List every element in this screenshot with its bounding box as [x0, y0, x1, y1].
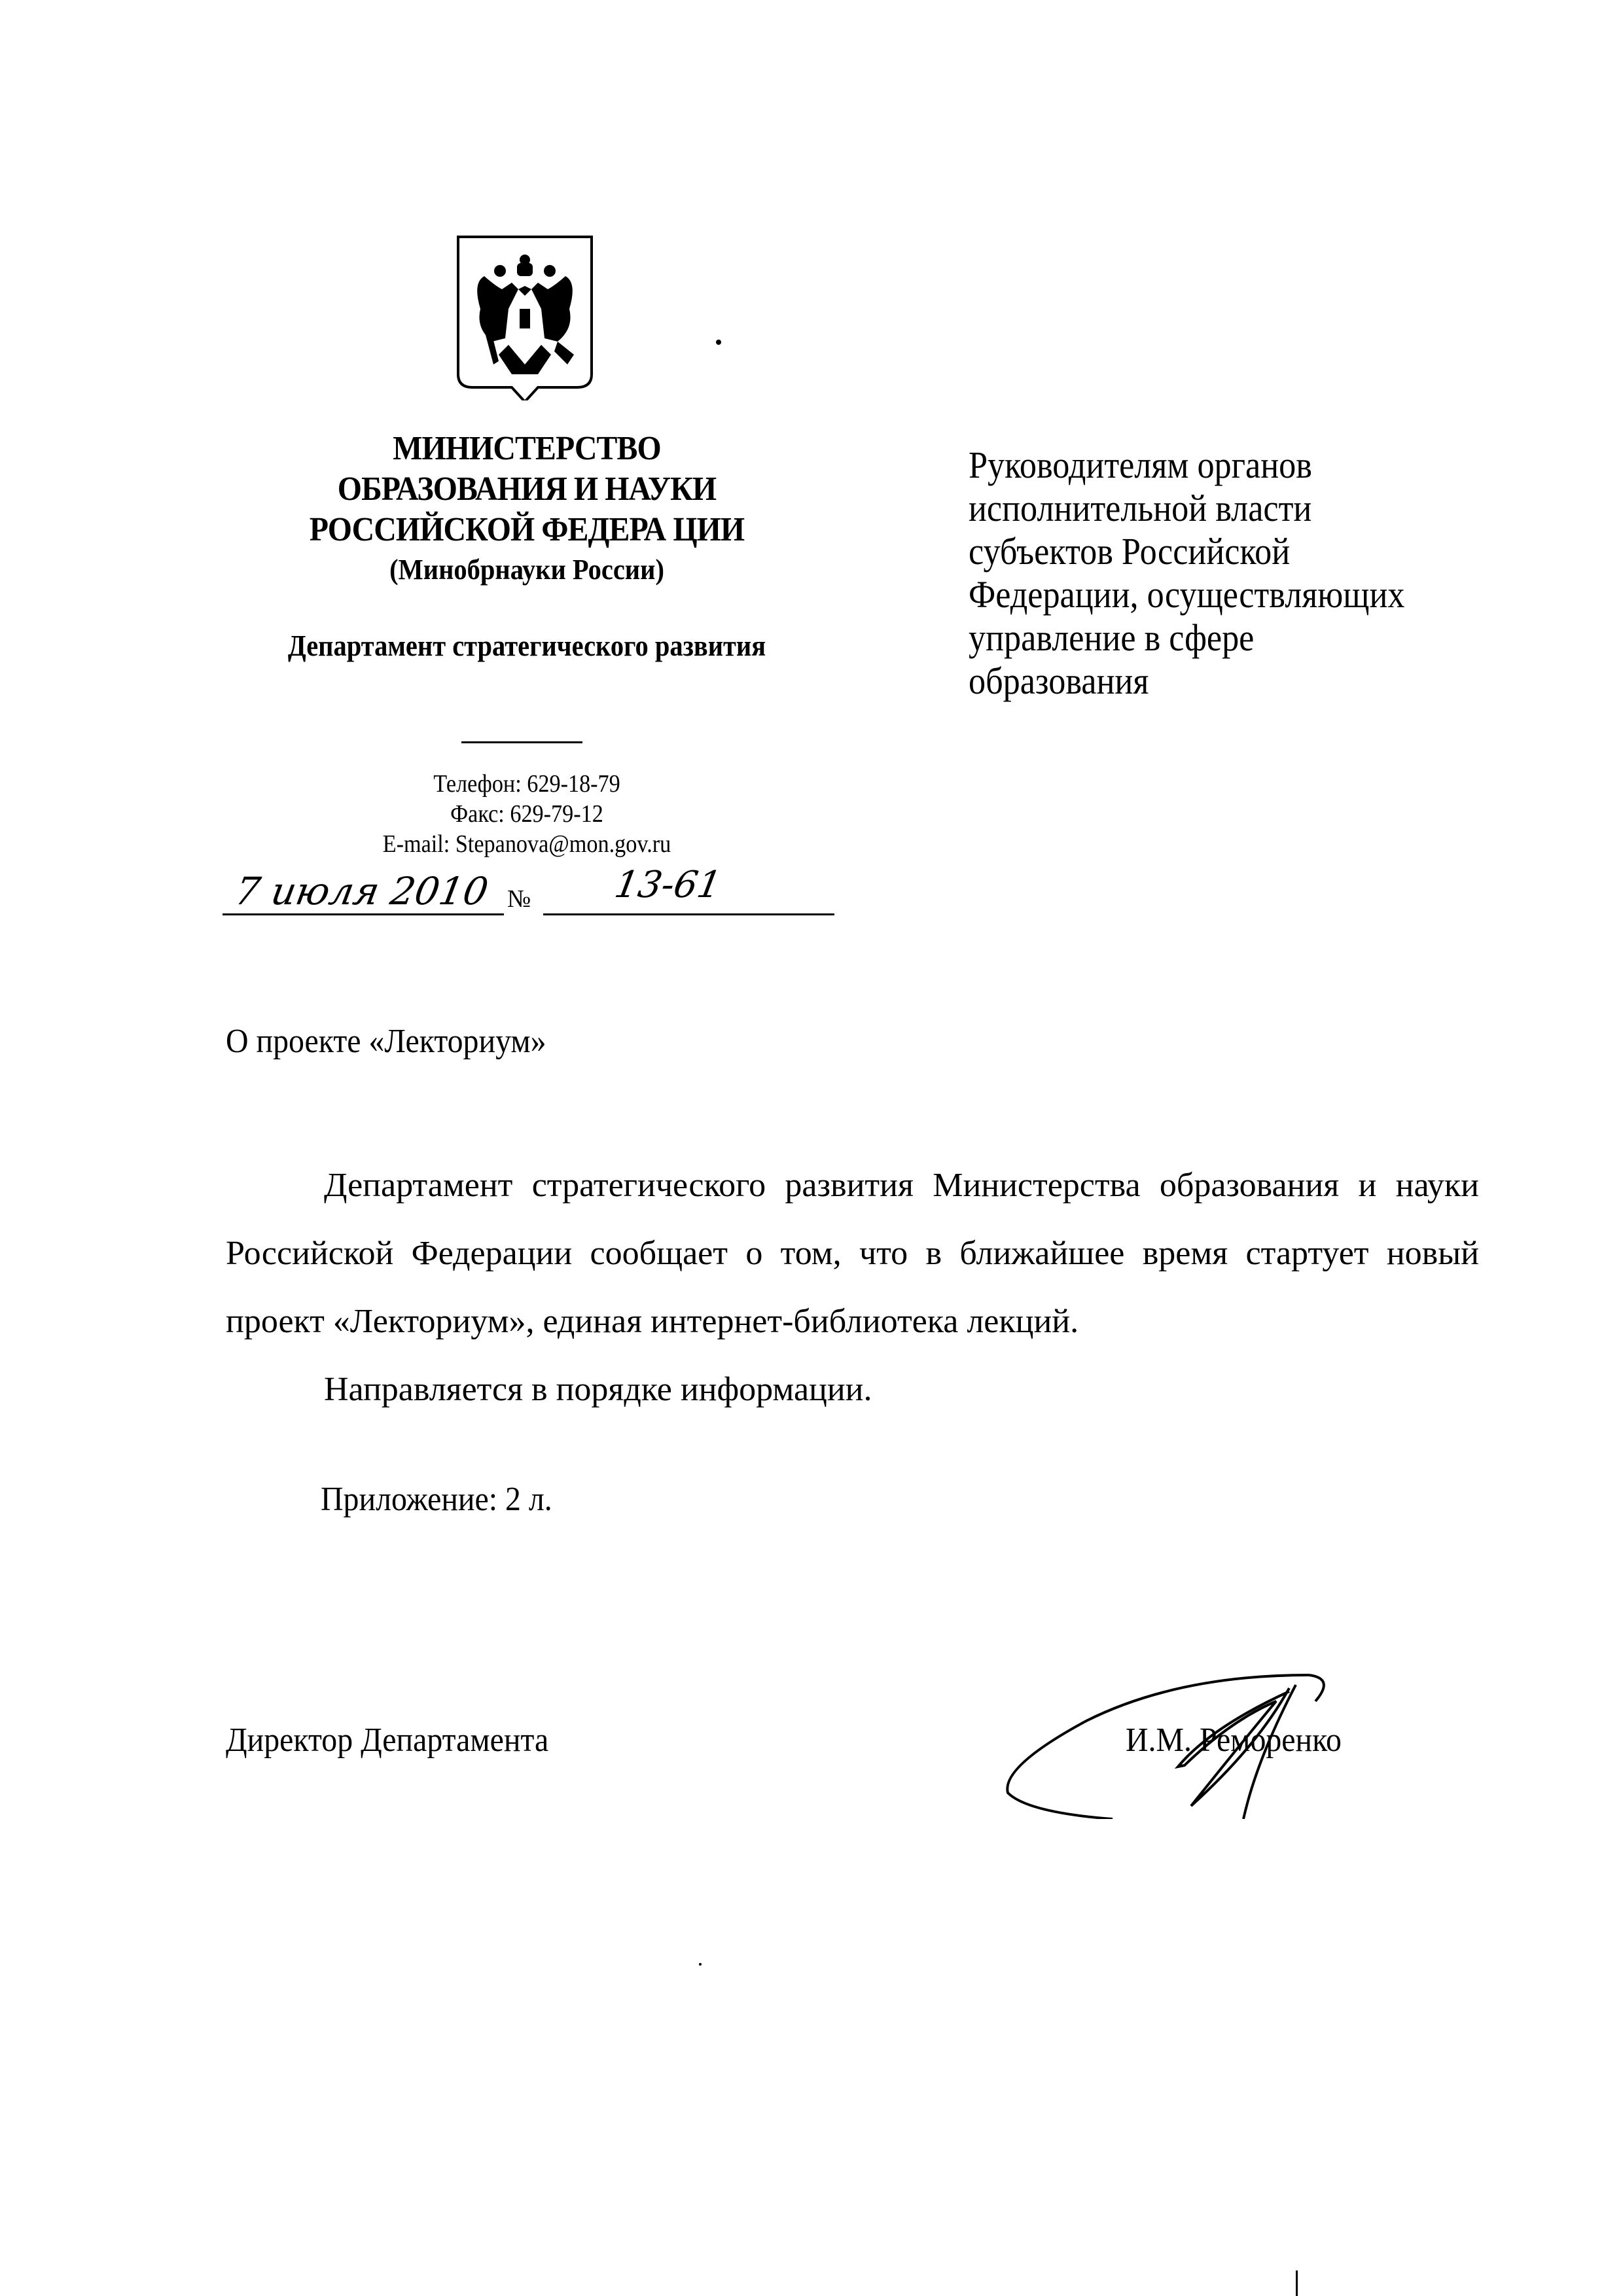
signer-title: Директор Департамента: [226, 1721, 548, 1759]
phone: Телефон: 629-18-79: [247, 769, 807, 799]
addressee-line: образования: [969, 660, 1452, 703]
ministry-short-name: (Минобрнауки России): [241, 550, 813, 590]
coat-of-arms-icon: [446, 224, 603, 400]
fax: Факс: 629-79-12: [247, 799, 807, 829]
signer-name: И.М. Реморенко: [1126, 1721, 1342, 1759]
addressee-line: Руководителям органов: [969, 444, 1452, 487]
date-number-row: 7 июля 2010 № 13-61: [223, 870, 838, 923]
addressee-line: Федерации, осуществляющих: [969, 573, 1452, 616]
addressee-line: субъектов Российской: [969, 530, 1452, 573]
number-sign: №: [507, 885, 531, 913]
scan-speck: [716, 340, 721, 345]
contact-info: Телефон: 629-18-79 Факс: 629-79-12 E-mai…: [247, 769, 807, 859]
ministry-name-line-1: МИНИСТЕРСТВО: [241, 429, 813, 469]
letter-body: Департамент стратегического развития Мин…: [226, 1152, 1479, 1424]
attachment-note: Приложение: 2 л.: [321, 1480, 552, 1519]
body-paragraph: Направляется в порядке информации.: [226, 1356, 1479, 1424]
letterhead-divider: [461, 741, 582, 743]
letterhead: МИНИСТЕРСТВО ОБРАЗОВАНИЯ И НАУКИ РОССИЙС…: [216, 429, 838, 664]
number-underline: [543, 913, 834, 915]
ministry-name-line-2: ОБРАЗОВАНИЯ И НАУКИ: [241, 469, 813, 510]
department-name: Департамент стратегического развития: [253, 627, 800, 664]
date-underline: [223, 913, 504, 915]
scan-speck: [699, 1963, 702, 1966]
letter-subject: О проекте «Лекториум»: [226, 1022, 546, 1061]
email: E-mail: Stepanova@mon.gov.ru: [247, 829, 807, 859]
handwritten-number: 13-61: [611, 864, 724, 906]
scan-edge-mark: [1296, 2270, 1298, 2296]
addressee-line: исполнительной власти: [969, 487, 1452, 530]
body-paragraph: Департамент стратегического развития Мин…: [226, 1152, 1479, 1356]
addressee: Руководителям органов исполнительной вла…: [969, 444, 1452, 703]
addressee-line: управление в сфере: [969, 616, 1452, 660]
handwritten-date: 7 июля 2010: [232, 870, 491, 912]
ministry-name-line-3: РОССИЙСКОЙ ФЕДЕРА ЦИИ: [241, 510, 813, 550]
